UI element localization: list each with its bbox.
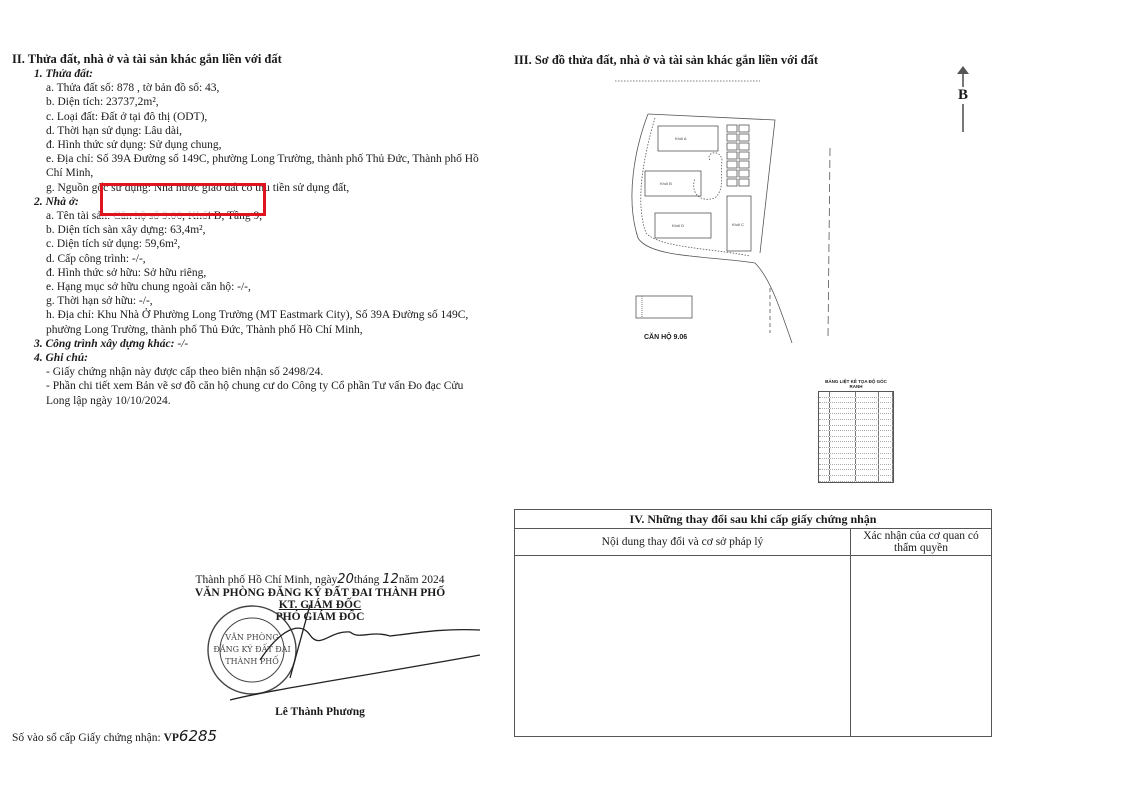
block-label: Khối D [672,223,684,228]
land-item: d. Thời hạn sử dụng: Lâu dài, [12,124,479,138]
land-parcel-section: 1. Thửa đất: a. Thửa đất số: 878 , tờ bả… [12,67,479,408]
coordinate-table-body [818,391,894,483]
official-stamp-icon: VĂN PHÒNG ĐĂNG KÝ ĐẤT ĐAI THÀNH PHỐ [208,606,296,694]
section-3-title: III. Sơ đồ thửa đất, nhà ở và tài sản kh… [514,53,818,68]
section-2-title: II. Thửa đất, nhà ở và tài sản khác gắn … [12,52,282,67]
note-item: Long lập ngày 10/10/2024. [12,394,479,408]
house-item: c. Diện tích sử dụng: 59,6m², [12,237,479,251]
coordinate-table: BẢNG LIỆT KÊ TỌA ĐỘ GÓC RANH [818,379,894,483]
changes-col-header: Nội dung thay đổi và cơ sở pháp lý [515,529,851,556]
block-label: Khối B [660,181,672,186]
authority-confirmation-cell [851,556,992,737]
notes-heading: 4. Ghi chú: [12,351,479,365]
registry-prefix: VP [164,732,179,744]
registry-label: Số vào sổ cấp Giấy chứng nhận: [12,732,161,744]
authority-col-header: Xác nhận của cơ quan có thẩm quyền [851,529,992,556]
block-a-footprint [658,126,718,151]
registry-handwritten-number: 6285 [179,727,217,745]
svg-text:VĂN PHÒNG: VĂN PHÒNG [224,633,278,642]
house-item: đ. Hình thức sở hữu: Sở hữu riêng, [12,266,479,280]
land-item: đ. Hình thức sử dụng: Sử dụng chung, [12,138,479,152]
land-item: a. Thửa đất số: 878 , tờ bản đồ số: 43, [12,81,479,95]
block-b-footprint [645,171,701,196]
year-label: năm 2024 [399,574,445,586]
office-name: VĂN PHÒNG ĐĂNG KÝ ĐẤT ĐAI THÀNH PHỐ [170,587,470,599]
registry-number: Số vào sổ cấp Giấy chứng nhận: VP6285 [12,729,217,745]
svg-text:ĐĂNG KÝ ĐẤT ĐAI: ĐĂNG KÝ ĐẤT ĐAI [213,644,290,654]
house-item: d. Cấp công trình: -/-, [12,252,479,266]
land-item: e. Địa chỉ: Số 39A Đường số 149C, phường… [12,152,479,166]
north-arrowhead-icon [957,66,969,74]
day-handwritten: 20 [337,572,354,587]
land-item: Chí Minh, [12,166,479,180]
place-date: Thành phố Hồ Chí Minh, ngày20tháng 12năm… [170,572,470,587]
house-item: phường Long Trường, thành phố Thủ Đức, T… [12,323,479,337]
other-construction-heading: 3. Công trình xây dựng khác: [34,338,174,350]
land-heading: 1. Thửa đất: [12,67,479,81]
apartment-unit-drawing [628,292,698,322]
house-item: g. Thời hạn sở hữu: -/-, [12,294,479,308]
section-4-title: IV. Những thay đổi sau khi cấp giấy chứn… [515,510,992,529]
small-unit-grid [727,125,749,186]
highlight-box [100,183,266,216]
note-item: - Phần chi tiết xem Bản vẽ sơ đồ căn hộ … [12,379,479,393]
north-label: B [958,87,968,104]
other-construction-row: 3. Công trình xây dựng khác: -/- [12,337,479,351]
stamp-and-signature: VĂN PHÒNG ĐĂNG KÝ ĐẤT ĐAI THÀNH PHỐ [190,600,490,710]
month-handwritten: 12 [382,572,399,587]
house-item: e. Hạng mục sở hữu chung ngoài căn hộ: -… [12,280,479,294]
block-label: Khối C [732,222,744,227]
land-item: c. Loại đất: Đất ở tại đô thị (ODT), [12,110,479,124]
month-label: tháng [354,574,380,586]
note-item: - Giấy chứng nhận này được cấp theo biên… [12,365,479,379]
block-label: Khối A [675,136,687,141]
changes-table: IV. Những thay đổi sau khi cấp giấy chứn… [514,509,992,737]
unit-caption: CĂN HỘ 9.06 [644,334,687,341]
house-item: b. Diện tích sàn xây dựng: 63,4m², [12,223,479,237]
coordinate-table-title: BẢNG LIỆT KÊ TỌA ĐỘ GÓC RANH [818,379,894,389]
land-item: b. Diện tích: 23737,2m², [12,95,479,109]
svg-text:THÀNH PHỐ: THÀNH PHỐ [225,656,279,666]
house-item: h. Địa chỉ: Khu Nhà Ở Phường Long Trường… [12,308,479,322]
coordinate-row [819,476,893,482]
signer-name: Lê Thành Phương [170,706,470,718]
other-construction-value: -/- [177,338,188,350]
place-date-prefix: Thành phố Hồ Chí Minh, ngày [195,574,337,586]
changes-content-cell [515,556,851,737]
